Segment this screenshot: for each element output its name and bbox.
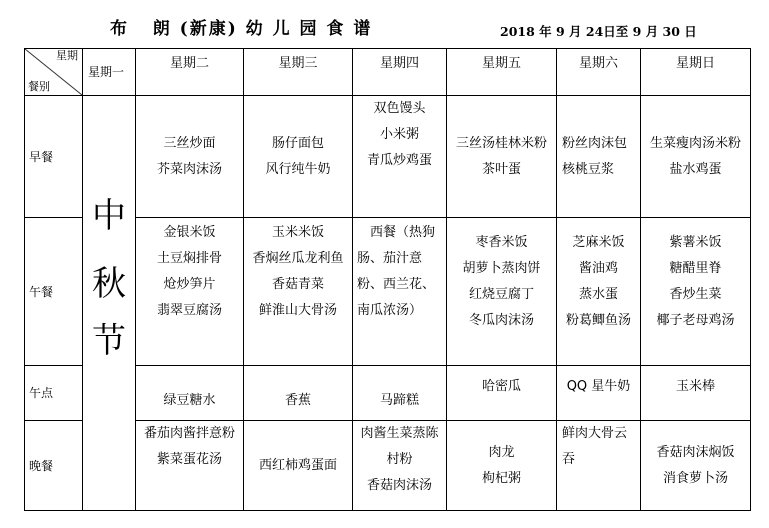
menu-cell-breakfast-sat: 粉丝肉沫包 核桃豆浆 (557, 96, 641, 218)
menu-cell-dinner-thu: 肉酱生菜蒸陈 村粉 香菇肉沫汤 (353, 421, 447, 511)
header-row: 星期 餐别 星期一 星期二 星期三 星期四 星期五 星期六 星期日 (25, 49, 751, 96)
menu-cell-dinner-wed: 西红柿鸡蛋面 (244, 421, 353, 511)
breakfast-row: 早餐 中 秋 节 三丝炒面 芥菜肉沫汤 肠仔面包 风行纯牛奶 双色馒头 小米粥 … (25, 96, 751, 218)
menu-cell-dinner-tue: 番茄肉酱拌意粉 紫菜蛋花汤 (136, 421, 244, 511)
menu-cell-breakfast-sun: 生菜瘦肉汤米粉 盐水鸡蛋 (641, 96, 751, 218)
day-header-fri: 星期五 (447, 49, 557, 96)
day-header-thu: 星期四 (353, 49, 447, 96)
menu-cell-lunch-sat: 芝麻米饭 酱油鸡 蒸水蛋 粉葛鲫鱼汤 (557, 218, 641, 366)
menu-cell-breakfast-fri: 三丝汤桂林米粉 茶叶蛋 (447, 96, 557, 218)
corner-cell: 星期 餐别 (25, 49, 83, 96)
day-header-sun: 星期日 (641, 49, 751, 96)
menu-cell-lunch-thu: 西餐（热狗 肠、茄汁意 粉、西兰花、 南瓜浓汤） (353, 218, 447, 366)
menu-cell-breakfast-thu: 双色馒头 小米粥 青瓜炒鸡蛋 (353, 96, 447, 218)
day-header-wed: 星期三 (244, 49, 353, 96)
corner-meal-label: 餐别 (28, 80, 50, 94)
corner-day-label: 星期 (56, 49, 78, 63)
festival-char: 秋 (83, 246, 135, 321)
festival-char: 节 (83, 321, 135, 411)
date-range: 2018 年 9 月 24日至 9 月 30 日 (500, 22, 697, 40)
menu-cell-snack-sun: 玉米棒 (641, 366, 751, 421)
meal-label-lunch: 午餐 (25, 218, 83, 366)
menu-cell-breakfast-tue: 三丝炒面 芥菜肉沫汤 (136, 96, 244, 218)
menu-cell-snack-sat: QQ 星牛奶 (557, 366, 641, 421)
menu-cell-lunch-sun: 紫薯米饭 糖醋里脊 香炒生菜 椰子老母鸡汤 (641, 218, 751, 366)
day-header-tue: 星期二 (136, 49, 244, 96)
meal-label-dinner: 晚餐 (25, 421, 83, 511)
day-header-mon: 星期一 (83, 49, 136, 96)
menu-cell-dinner-sat: 鲜肉大骨云 吞 (557, 421, 641, 511)
menu-cell-breakfast-wed: 肠仔面包 风行纯牛奶 (244, 96, 353, 218)
menu-cell-snack-thu: 马蹄糕 (353, 366, 447, 421)
menu-cell-snack-wed: 香蕉 (244, 366, 353, 421)
menu-cell-lunch-fri: 枣香米饭 胡萝卜蒸肉饼 红烧豆腐丁 冬瓜肉沫汤 (447, 218, 557, 366)
mid-autumn-festival-note: 中 秋 节 (83, 96, 136, 511)
menu-cell-snack-fri: 哈密瓜 (447, 366, 557, 421)
menu-cell-dinner-fri: 肉龙 枸杞粥 (447, 421, 557, 511)
festival-char: 中 (83, 96, 135, 246)
menu-cell-lunch-wed: 玉米米饭 香焖丝瓜龙利鱼 香菇青菜 鲜淮山大骨汤 (244, 218, 353, 366)
meal-label-snack: 午点 (25, 366, 83, 421)
weekly-menu-table: 星期 餐别 星期一 星期二 星期三 星期四 星期五 星期六 星期日 早餐 中 秋… (24, 48, 751, 511)
menu-cell-snack-tue: 绿豆糖水 (136, 366, 244, 421)
meal-label-breakfast: 早餐 (25, 96, 83, 218)
menu-cell-dinner-sun: 香菇肉沫焖饭 消食萝卜汤 (641, 421, 751, 511)
day-header-sat: 星期六 (557, 49, 641, 96)
menu-cell-lunch-tue: 金银米饭 土豆焖排骨 炝炒笋片 翡翠豆腐汤 (136, 218, 244, 366)
menu-title: 布 朗 (新康) 幼 儿 园 食 谱 (110, 14, 372, 39)
